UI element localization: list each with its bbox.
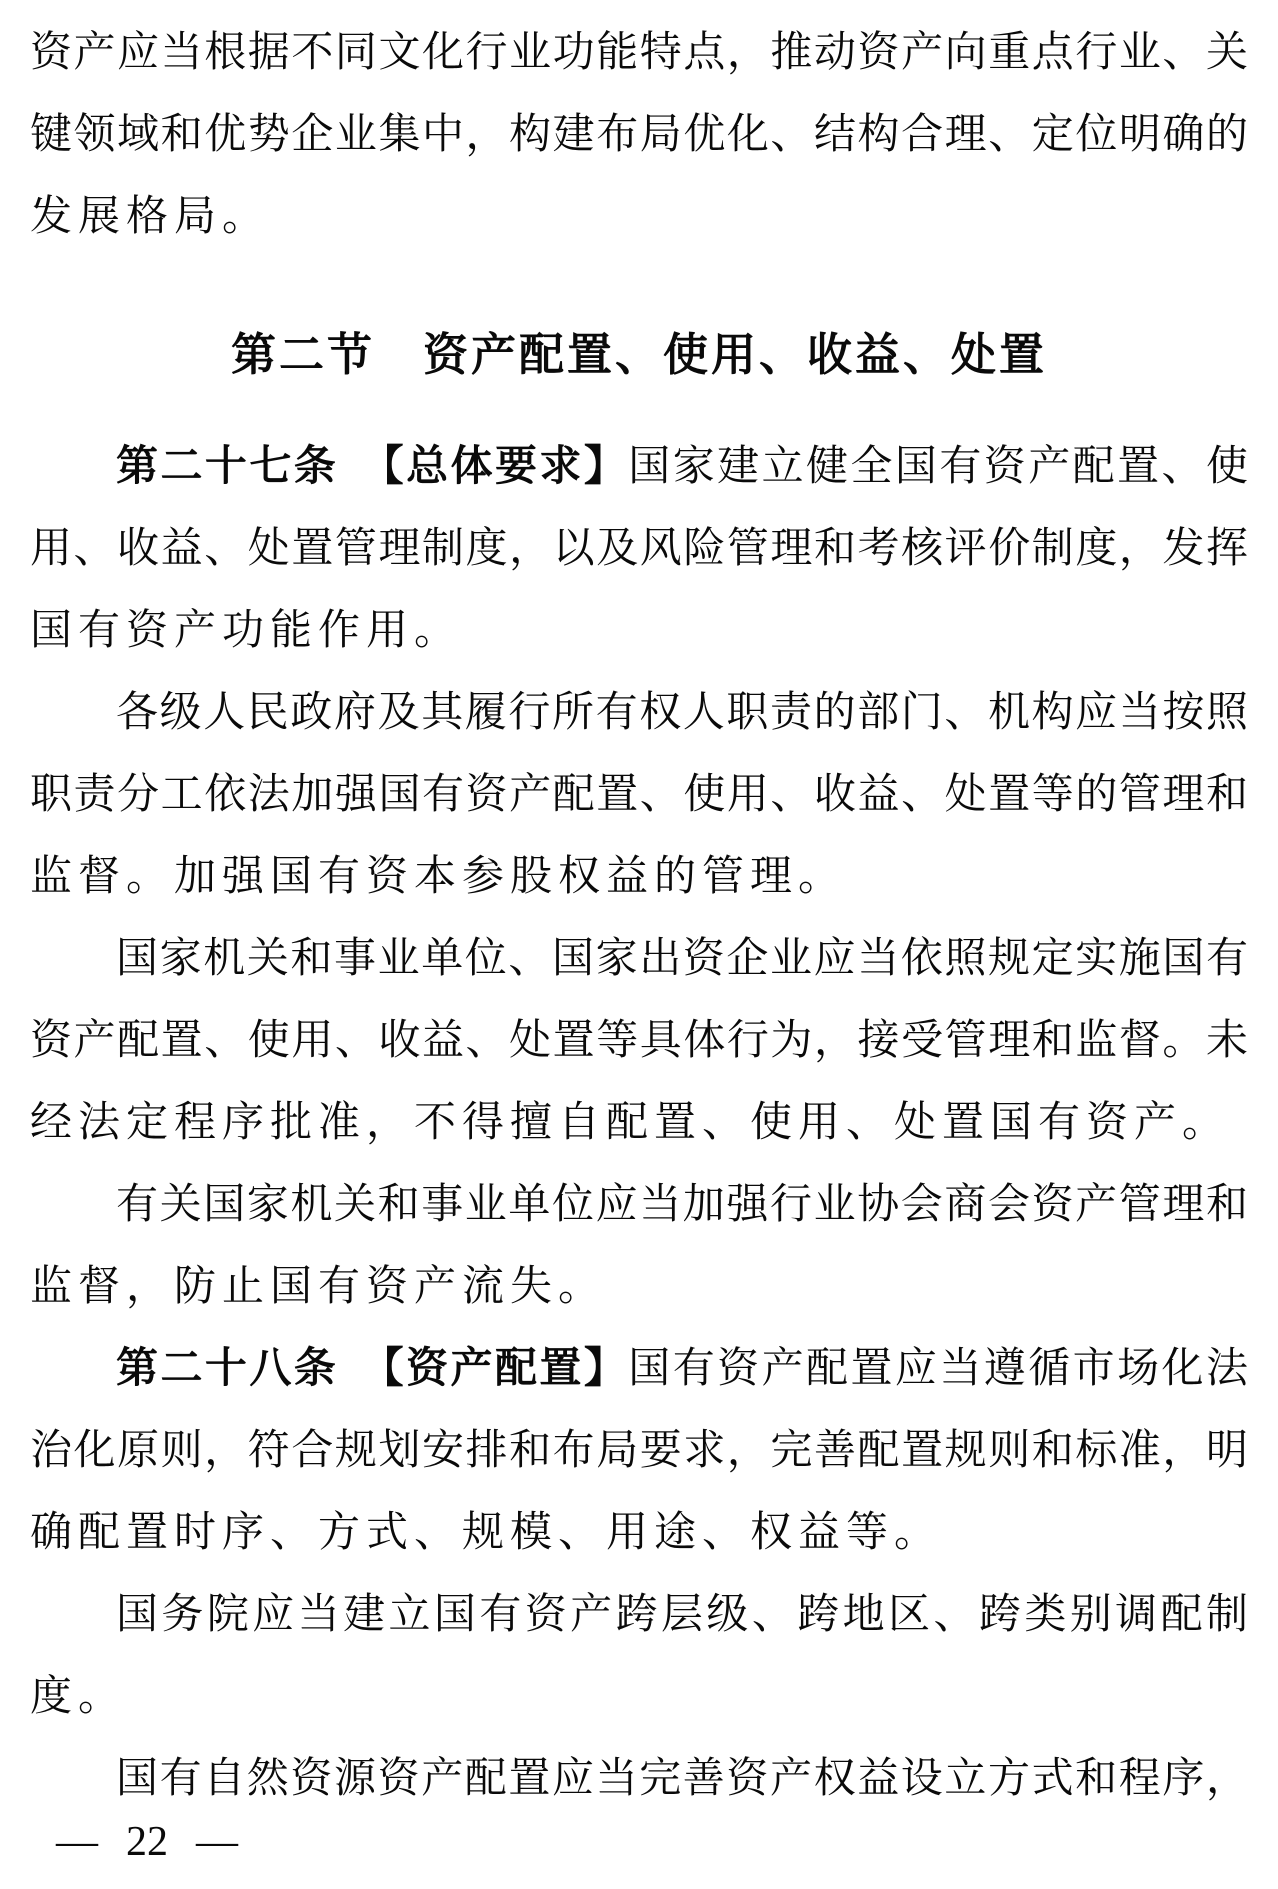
text-line: 确配置时序、方式、规模、用途、权益等。	[30, 1492, 1248, 1574]
document-body: 资产应当根据不同文化行业功能特点，推动资产向重点行业、关键领域和优势企业集中，构…	[0, 0, 1278, 1820]
section-header: 第二节 资产配置、使用、收益、处置	[30, 314, 1248, 396]
text-line: 国务院应当建立国有资产跨层级、跨地区、跨类别调配制	[30, 1574, 1248, 1656]
article-28-opening-line: 第二十八条 【资产配置】国有资产配置应当遵循市场化法	[30, 1328, 1248, 1410]
text-line: 国家机关和事业单位、国家出资企业应当依照规定实施国有	[30, 918, 1248, 1000]
text-line: 治化原则，符合规划安排和布局要求，完善配置规则和标准，明	[30, 1410, 1248, 1492]
text-line: 资产配置、使用、收益、处置等具体行为，接受管理和监督。未	[30, 1000, 1248, 1082]
text-line: 监督。加强国有资本参股权益的管理。	[30, 836, 1248, 918]
text-line: 有关国家机关和事业单位应当加强行业协会商会资产管理和	[30, 1164, 1248, 1246]
document-page: 资产应当根据不同文化行业功能特点，推动资产向重点行业、关键领域和优势企业集中，构…	[0, 0, 1278, 1889]
text-line: 国有自然资源资产配置应当完善资产权益设立方式和程序，	[30, 1738, 1248, 1820]
text-line: 键领域和优势企业集中，构建布局优化、结构合理、定位明确的	[30, 94, 1248, 176]
article-27-opening-line: 第二十七条 【总体要求】国家建立健全国有资产配置、使	[30, 426, 1248, 508]
text-line: 资产应当根据不同文化行业功能特点，推动资产向重点行业、关	[30, 12, 1248, 94]
text-line: 度。	[30, 1656, 1248, 1738]
text-line: 职责分工依法加强国有资产配置、使用、收益、处置等的管理和	[30, 754, 1248, 836]
text-line: 监督，防止国有资产流失。	[30, 1246, 1248, 1328]
page-number: 22	[126, 1812, 168, 1872]
footer-right-dash: —	[196, 1812, 238, 1872]
text-line: 经法定程序批准，不得擅自配置、使用、处置国有资产。	[30, 1082, 1248, 1164]
text-line: 用、收益、处置管理制度，以及风险管理和考核评价制度，发挥	[30, 508, 1248, 590]
text-line: 发展格局。	[30, 176, 1248, 258]
text-line: 国有资产功能作用。	[30, 590, 1248, 672]
page-footer: — 22 —	[56, 1812, 238, 1872]
footer-left-dash: —	[56, 1812, 98, 1872]
text-line: 各级人民政府及其履行所有权人职责的部门、机构应当按照	[30, 672, 1248, 754]
